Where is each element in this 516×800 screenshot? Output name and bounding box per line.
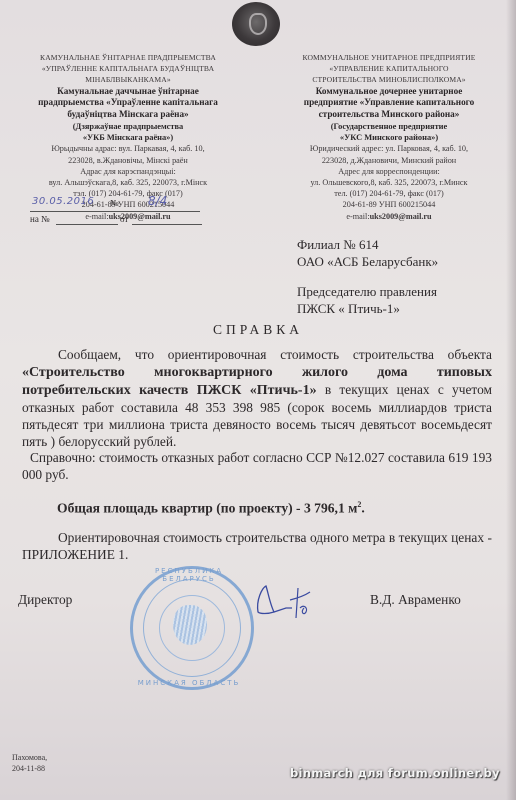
reference-line: на № от bbox=[30, 212, 210, 226]
addressee-line: Председателю правления bbox=[297, 284, 438, 301]
address-line: тел. (017) 204-61-79, факс (017) bbox=[278, 188, 500, 199]
email-label: e-mail: bbox=[346, 212, 369, 221]
addressee-block: Филиал № 614 ОАО «АСБ Беларусбанк» Предс… bbox=[297, 237, 438, 317]
number-label: № bbox=[110, 198, 119, 208]
signatory-name: В.Д. Авраменко bbox=[370, 592, 461, 608]
org-bold-line: Камунальнае даччынае ўнітарнае bbox=[18, 86, 238, 98]
executor-phone: 204-11-88 bbox=[12, 764, 47, 775]
stamp-top-text: РЕСПУБЛИКА БЕЛАРУСЬ bbox=[130, 567, 248, 583]
state-line: «УКБ Мінскага раёна») bbox=[18, 132, 238, 143]
state-line: (Государственное предприятие bbox=[278, 121, 500, 132]
executor-note: Пахомова, 204-11-88 bbox=[12, 753, 47, 774]
paragraph-cost: Сообщаем, что ориентировочная стоимость … bbox=[22, 346, 492, 450]
area-end: . bbox=[361, 501, 364, 516]
paragraph-reference: Справочно: стоимость отказных работ согл… bbox=[22, 449, 492, 483]
address-line: Юрыдычны адрас: вул. Паркавая, 4, каб. 1… bbox=[18, 143, 238, 154]
ref-number-label: на № bbox=[30, 214, 50, 224]
address-line: 204-61-89 УНП 600215044 bbox=[278, 199, 500, 210]
address-line: Юридический адрес: ул. Парковая, 4, каб.… bbox=[278, 143, 500, 154]
ref-date-label: от bbox=[120, 214, 128, 224]
emblem-inner bbox=[249, 13, 267, 35]
address-line: вул. Альшэўскага,8, каб. 325, 220073, г.… bbox=[18, 177, 238, 188]
handwritten-signature-icon bbox=[252, 582, 324, 620]
outgoing-number-block: 30.05.2016 № 8/4 на № от bbox=[30, 197, 210, 226]
org-caps-line: КОММУНАЛЬНОЕ УНИТАРНОЕ ПРЕДПРИЯТИЕ bbox=[278, 52, 500, 63]
paragraph-appendix: Ориентировочная стоимость строительства … bbox=[22, 529, 492, 563]
spacer bbox=[297, 270, 438, 284]
org-caps-line: «УПРАВЛЕНИЕ КАПИТАЛЬНОГО bbox=[278, 63, 500, 74]
state-line: «УКС Минского района») bbox=[278, 132, 500, 143]
org-bold-line: строительства Минского района» bbox=[278, 109, 500, 121]
address-line: Адрас для карэспандэнцыі: bbox=[18, 166, 238, 177]
outgoing-number: 8/4 bbox=[148, 194, 167, 208]
outgoing-date: 30.05.2016 bbox=[32, 196, 94, 207]
state-emblem-icon bbox=[232, 2, 280, 46]
official-stamp-icon: РЕСПУБЛИКА БЕЛАРУСЬ МИНСКАЯ ОБЛАСТЬ bbox=[130, 566, 254, 690]
header-right-russian: КОММУНАЛЬНОЕ УНИТАРНОЕ ПРЕДПРИЯТИЕ «УПРА… bbox=[278, 52, 500, 222]
org-caps-line: СТРОИТЕЛЬСТВА МИНОБЛИСПОЛКОМА» bbox=[278, 74, 500, 85]
document-title: СПРАВКА bbox=[0, 322, 516, 338]
addressee-line: ПЖСК « Птичь-1» bbox=[297, 301, 438, 318]
state-line: (Дзяржаўнае прадпрыемства bbox=[18, 121, 238, 132]
signatory-role: Директор bbox=[18, 592, 72, 608]
addressee-line: ОАО «АСБ Беларусбанк» bbox=[297, 254, 438, 271]
area-text: Общая площадь квартир (по проекту) - 3 7… bbox=[57, 501, 357, 516]
org-bold-line: будаўніцтва Мінскага раёна» bbox=[18, 109, 238, 121]
executor-name: Пахомова, bbox=[12, 753, 47, 764]
email-address: uks2009@mail.ru bbox=[370, 212, 432, 221]
stamp-emblem bbox=[173, 605, 207, 645]
org-bold-line: предприятие «Управление капитального bbox=[278, 97, 500, 109]
watermark-text: binmarch для forum.onliner.by bbox=[290, 766, 500, 780]
stamp-bottom-text: МИНСКАЯ ОБЛАСТЬ bbox=[130, 679, 248, 687]
address-line: ул. Ольшевского,8, каб. 325, 220073, г.М… bbox=[278, 177, 500, 188]
address-line: Адрес для корреспонденции: bbox=[278, 166, 500, 177]
org-bold-line: прадпрыемства «Упраўленне капітальнага bbox=[18, 97, 238, 109]
org-caps-line: МІНАБЛВЫКАНКАМА» bbox=[18, 74, 238, 85]
org-bold-line: Коммунальное дочернее унитарное bbox=[278, 86, 500, 98]
outgoing-date-line: 30.05.2016 № 8/4 bbox=[30, 197, 200, 212]
address-line: 223028, д.Ждановичи, Минский район bbox=[278, 155, 500, 166]
org-caps-line: «УПРАЎЛЕННЕ КАПІТАЛЬНАГА БУДАЎНІЦТВА bbox=[18, 63, 238, 74]
email-line: e-mail:uks2009@mail.ru bbox=[278, 211, 500, 222]
page-edge-shadow bbox=[506, 0, 516, 800]
p1-start: Сообщаем, что ориентировочная стоимость … bbox=[58, 347, 492, 362]
org-caps-line: КАМУНАЛЬНАЕ ЎНІТАРНАЕ ПРАДПРЫЕМСТВА bbox=[18, 52, 238, 63]
ref-number-blank bbox=[56, 224, 118, 225]
ref-date-blank bbox=[132, 224, 202, 225]
paragraph-area: Общая площадь квартир (по проекту) - 3 7… bbox=[57, 496, 497, 517]
address-line: 223028, в.Ждановічы, Мінскі раён bbox=[18, 155, 238, 166]
addressee-line: Филиал № 614 bbox=[297, 237, 438, 254]
